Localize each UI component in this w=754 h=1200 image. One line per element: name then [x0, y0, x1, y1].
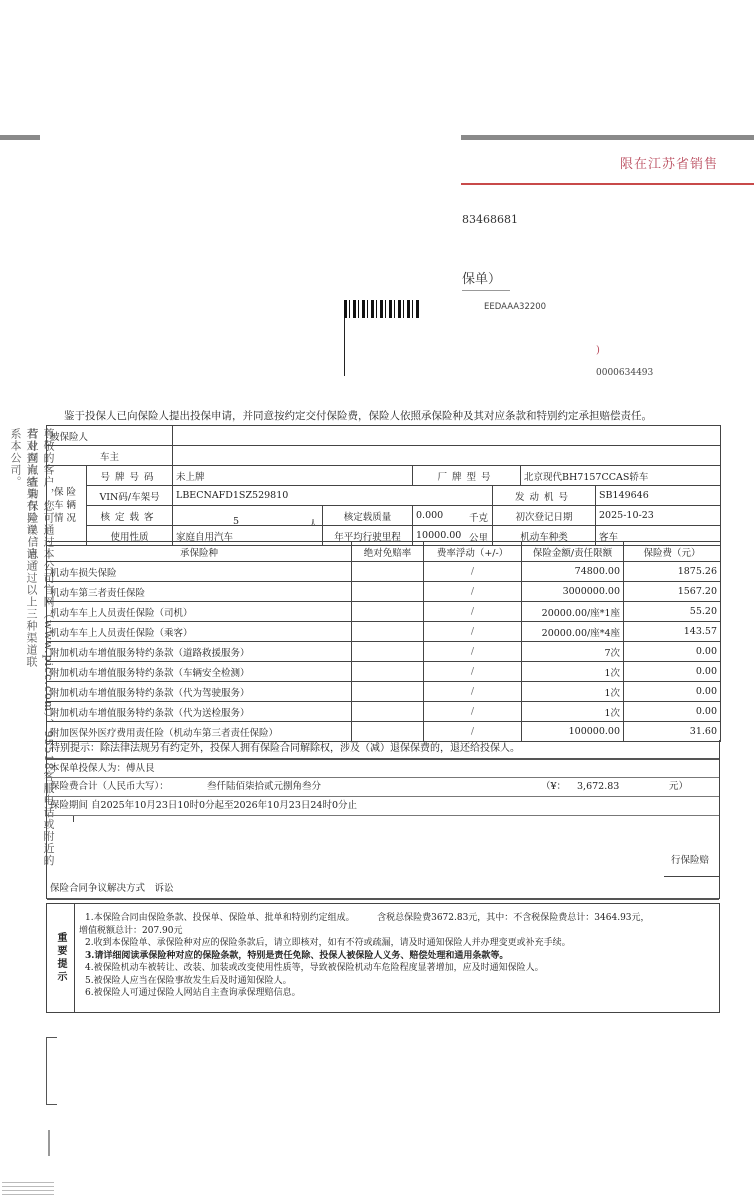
special-notice: 特别提示：除法律法规另有约定外，投保人拥有保险合同解除权，涉及（减）退保保费的，…: [47, 740, 719, 760]
document-title: 保单）: [462, 268, 501, 287]
header-bar-left: [0, 135, 40, 140]
load-unit: 千克: [469, 510, 488, 524]
table-row: 机动车车上人员责任保险（司机）/20000.00/座*1座55.20: [47, 602, 721, 622]
table-row: 附加医保外医疗费用责任险（机动车第三者责任保险）/100000.0031.60: [47, 722, 721, 742]
load-label: 核定载质量: [323, 506, 413, 526]
total-currency-open: （¥：: [541, 778, 566, 796]
plate-value: 未上牌: [173, 466, 413, 486]
special-terms-area: 行保险赔: [47, 816, 719, 880]
special-terms-tick: [73, 816, 74, 822]
notice-item: 增值税额总计：207.90元: [79, 925, 650, 938]
rate-float: /: [424, 662, 522, 682]
deductible: [352, 682, 424, 702]
load-value-cell: 0.000 千克: [413, 506, 493, 526]
insured-value: [173, 426, 721, 446]
coverage-name: 附加机动车增值服务特约条款（道路救援服务）: [47, 642, 352, 662]
premium: 1875.26: [624, 562, 721, 582]
bottom-partial-box: [46, 1037, 57, 1105]
header-bar-right: [461, 135, 754, 140]
coverage-name: 机动车车上人员责任保险（司机）: [47, 602, 352, 622]
notice-item: 5.被保险人应当在保险事故发生后及时通知保险人。: [79, 975, 650, 988]
owner-row: 车主: [47, 446, 721, 466]
intro-text: 鉴于投保人已向保险人提出投保申请，并同意按约定交付保险费，保险人依照承保险种及其…: [64, 408, 652, 423]
coverage-amount: 1次: [522, 702, 624, 722]
coverage-amount: 100000.00: [522, 722, 624, 742]
rate-float: /: [424, 702, 522, 722]
rate-float: /: [424, 682, 522, 702]
premium: 0.00: [624, 682, 721, 702]
insured-label: 被保险人: [47, 426, 173, 446]
notice-item: 3.请详细阅读承保险种对应的保险条款，特别是责任免除、投保人被保险人义务、赔偿处…: [79, 950, 650, 963]
table-row: 附加机动车增值服务特约条款（道路救援服务）/7次0.00: [47, 642, 721, 662]
table-row: 附加机动车增值服务特约条款（代为送检服务）/1次0.00: [47, 702, 721, 722]
deductible: [352, 602, 424, 622]
coverage-header-row: 承保险种 绝对免赔率 费率浮动（+/-） 保险金额/责任限额 保险费（元）: [47, 542, 721, 562]
vehicle-section-label: 保险车辆情况: [47, 466, 87, 546]
deductible: [352, 582, 424, 602]
policy-number: 0000634493: [596, 368, 653, 378]
rate-float: /: [424, 562, 522, 582]
coverage-amount: 20000.00/座*4座: [522, 622, 624, 642]
deductible: [352, 642, 424, 662]
coverage-name: 附加机动车增值服务特约条款（代为驾驶服务）: [47, 682, 352, 702]
coverage-name: 附加机动车增值服务特约条款（车辆安全检测）: [47, 662, 352, 682]
title-underline: [462, 290, 510, 291]
mileage-value: 10000.00: [416, 530, 461, 541]
coverage-name: 附加机动车增值服务特约条款（代为送检服务）: [47, 702, 352, 722]
coverage-name: 机动车损失保险: [47, 562, 352, 582]
rate-float: /: [424, 642, 522, 662]
dispute-resolution: 保险合同争议解决方式 诉讼: [47, 880, 719, 900]
notice-item: 4.被保险机动车被转让、改装、加装或改变使用性质等，导致被保险机动车危险程度显著…: [79, 962, 650, 975]
vin-label: VIN码/车架号: [87, 486, 173, 506]
total-label: 保险费合计（人民币大写）：: [50, 781, 169, 792]
table-row: 机动车车上人员责任保险（乘客）/20000.00/座*4座143.57: [47, 622, 721, 642]
paren-fragment: ): [596, 345, 600, 356]
coverage-name: 机动车车上人员责任保险（乘客）: [47, 622, 352, 642]
load-value: 0.000: [416, 510, 443, 521]
rate-float: /: [424, 582, 522, 602]
premium: 1567.20: [624, 582, 721, 602]
plate-label: 号牌号码: [87, 466, 173, 486]
table-row: 机动车第三者责任保险/3000000.001567.20: [47, 582, 721, 602]
engine-label: 发动机号: [493, 486, 596, 506]
header-deductible: 绝对免赔率: [352, 542, 424, 562]
premium: 0.00: [624, 702, 721, 722]
important-items: 1.本保险合同由保险条款、投保单、保险单、批单和特别约定组成。 含税总保险费36…: [75, 904, 656, 1012]
coverage-table: 承保险种 绝对免赔率 费率浮动（+/-） 保险金额/责任限额 保险费（元） 机动…: [46, 541, 721, 742]
table-row: 机动车损失保险/74800.001875.26: [47, 562, 721, 582]
qr-code-icon: [344, 300, 420, 318]
insured-row: 被保险人: [47, 426, 721, 446]
premium: 143.57: [624, 622, 721, 642]
header-red-rule: [461, 183, 754, 185]
total-in-words: 叁仟陆佰柒拾贰元捌角叁分: [207, 778, 321, 796]
header-rate-float: 费率浮动（+/-）: [424, 542, 522, 562]
phone-number: 83468681: [462, 213, 518, 226]
deductible: [352, 722, 424, 742]
reg-date-label: 初次登记日期: [493, 506, 596, 526]
vin-value: LBECNAFD1SZ529810: [173, 486, 493, 506]
digital-signature-stamp: [2, 1182, 54, 1198]
notice-item: 2.收到本保险单、承保险种对应的保险条款后，请立即核对，如有不符或疏漏，请及时通…: [79, 937, 650, 950]
premium: 55.20: [624, 602, 721, 622]
special-terms-rule: [664, 876, 719, 877]
rate-float: /: [424, 602, 522, 622]
header-premium: 保险费（元）: [624, 542, 721, 562]
owner-label: 车主: [47, 446, 173, 466]
deductible: [352, 622, 424, 642]
model-label: 厂牌型号: [413, 466, 521, 486]
premium: 0.00: [624, 662, 721, 682]
seats-value: 5: [233, 516, 239, 526]
vehicle-table: 被保险人 车主 保险车辆情况 号牌号码 未上牌 厂牌型号 北京现代BH7157C…: [46, 425, 721, 546]
coverage-name: 机动车第三者责任保险: [47, 582, 352, 602]
total-currency-close: 元）: [669, 778, 688, 796]
model-value: 北京现代BH7157CCAS轿车: [521, 466, 721, 486]
special-terms-fragment: 行保险赔: [671, 852, 709, 866]
table-row: 附加机动车增值服务特约条款（代为驾驶服务）/1次0.00: [47, 682, 721, 702]
header-coverage: 承保险种: [47, 542, 352, 562]
coverage-amount: 20000.00/座*1座: [522, 602, 624, 622]
lower-block: 特别提示：除法律法规另有约定外，投保人拥有保险合同解除权，涉及（减）退保保费的，…: [46, 740, 720, 899]
deductible: [352, 702, 424, 722]
important-notice: 重要提示 1.本保险合同由保险条款、投保单、保险单、批单和特别约定组成。 含税总…: [46, 903, 720, 1013]
code-number: EEDAAA32200: [484, 302, 546, 312]
table-row: 附加机动车增值服务特约条款（车辆安全检测）/1次0.00: [47, 662, 721, 682]
total-row: 保险费合计（人民币大写）： 叁仟陆佰柒拾贰元捌角叁分 （¥： 3,672.83 …: [47, 778, 719, 797]
coverage-amount: 3000000.00: [522, 582, 624, 602]
seats-value-cell: 5 人: [173, 506, 323, 526]
deductible: [352, 662, 424, 682]
coverage-amount: 1次: [522, 662, 624, 682]
premium: 0.00: [624, 642, 721, 662]
coverage-amount: 7次: [522, 642, 624, 662]
applicant: 本保单投保人为：傅从艮: [47, 760, 719, 778]
seats-unit: 人: [309, 516, 319, 526]
premium: 31.60: [624, 722, 721, 742]
coverage-amount: 1次: [522, 682, 624, 702]
coverage-amount: 74800.00: [522, 562, 624, 582]
rate-float: /: [424, 722, 522, 742]
header-amount: 保险金额/责任限额: [522, 542, 624, 562]
total-amount: 3,672.83: [577, 778, 619, 796]
seats-label: 核定载客: [87, 506, 173, 526]
notice-item: 6.被保险人可通过保险人网站自主查询承保理赔信息。: [79, 987, 650, 1000]
coverage-name: 附加医保外医疗费用责任险（机动车第三者责任保险）: [47, 722, 352, 742]
insurance-period: 保险期间 自2025年10月23日10时0分起至2026年10月23日24时0分…: [47, 797, 719, 816]
coverage-rows: 机动车损失保险/74800.001875.26机动车第三者责任保险/300000…: [47, 562, 721, 742]
deductible: [352, 562, 424, 582]
rate-float: /: [424, 622, 522, 642]
reg-date-value: 2025-10-23: [596, 506, 721, 526]
bottom-fragment: [48, 1130, 56, 1156]
owner-value: [173, 446, 721, 466]
important-label: 重要提示: [47, 904, 75, 1012]
engine-value: SB149646: [596, 486, 721, 506]
qr-code-edge: [344, 318, 345, 376]
side-note-2: 若对查询结果有异议，请通过以上三种渠道联系本公司。: [7, 428, 39, 678]
sale-region-label: 限在江苏省销售: [620, 153, 718, 172]
notice-item: 1.本保险合同由保险条款、投保单、保险单、批单和特别约定组成。 含税总保险费36…: [79, 912, 650, 925]
